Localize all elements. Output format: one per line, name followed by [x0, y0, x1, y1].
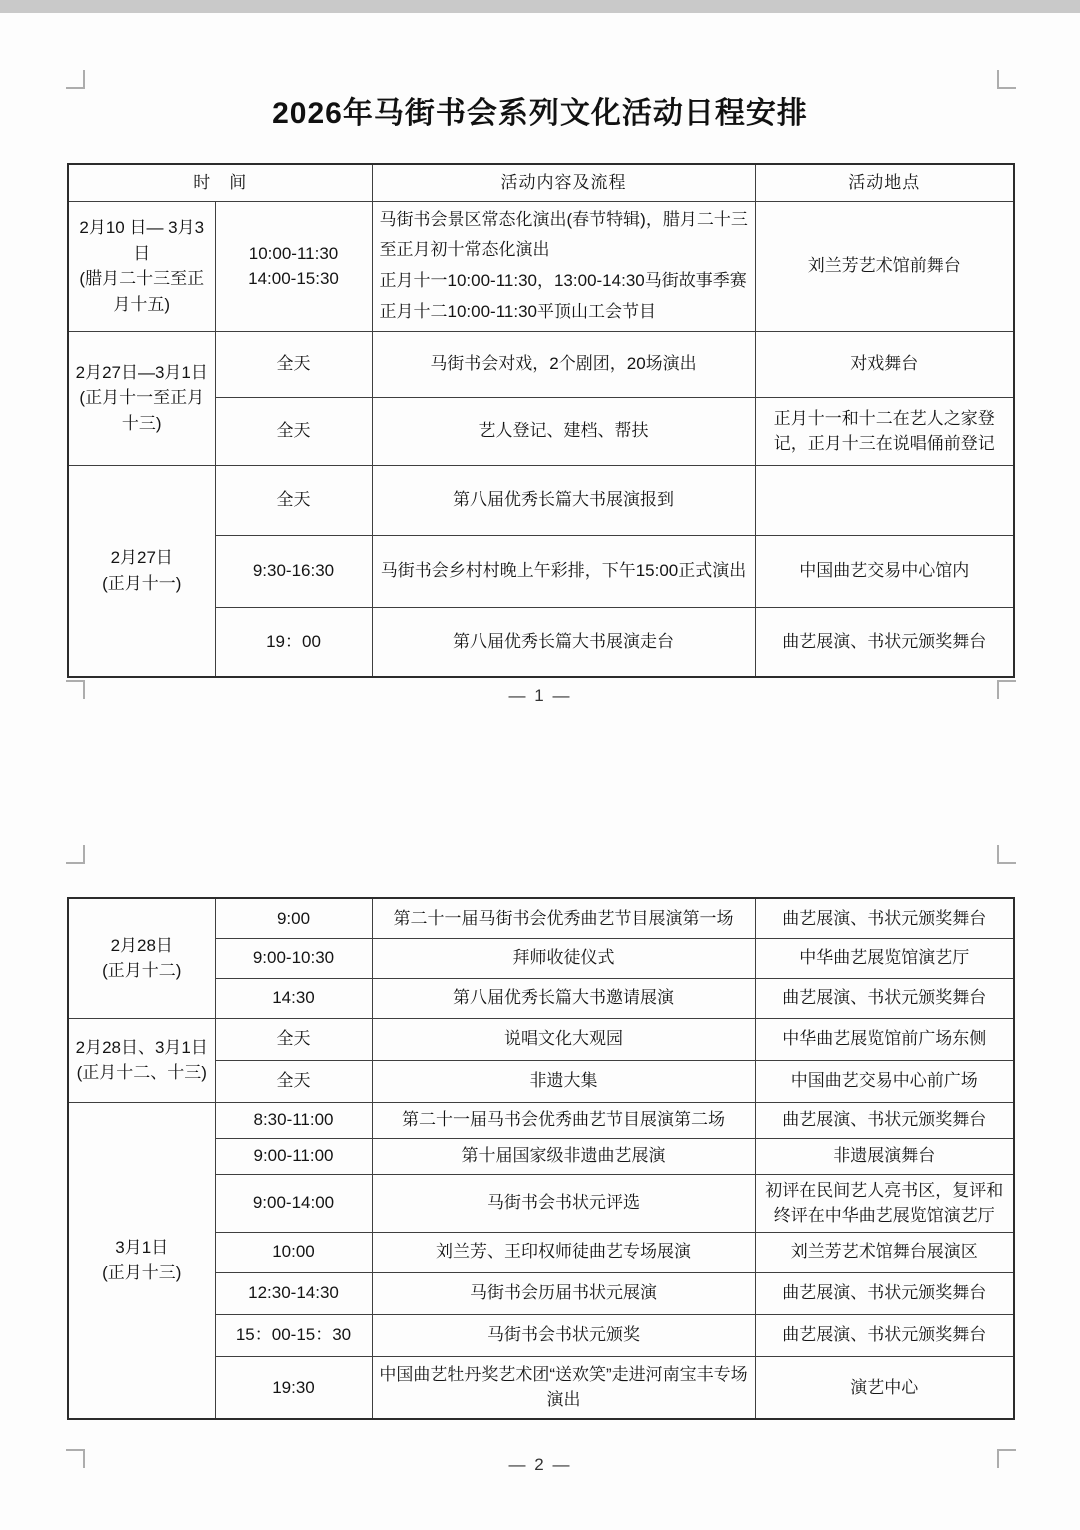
table-header-row: 时 间 活动内容及流程 活动地点 [68, 164, 1014, 201]
cell-date: 2月28日、3月1日 (正月十二、十三) [68, 1018, 215, 1102]
cell-time: 全天 [215, 1018, 372, 1060]
cell-content: 马街书会历届书状元展演 [372, 1272, 755, 1314]
cell-date: 3月1日 (正月十三) [68, 1102, 215, 1419]
table-row: 3月1日 (正月十三) 8:30-11:00 第二十一届马书会优秀曲艺节目展演第… [68, 1102, 1014, 1138]
cell-location: 中华曲艺展览馆演艺厅 [755, 938, 1014, 978]
cell-location: 正月十一和十二在艺人之家登记，正月十三在说唱俑前登记 [755, 397, 1014, 465]
cell-time: 10:00 [215, 1232, 372, 1272]
cell-time: 9:00 [215, 898, 372, 938]
cell-content: 第八届优秀长篇大书邀请展演 [372, 978, 755, 1018]
crop-mark-top-right-icon [997, 70, 1016, 89]
page-separator [0, 0, 1080, 13]
cell-content: 第八届优秀长篇大书展演报到 [372, 465, 755, 535]
cell-time: 10:00-11:30 14:00-15:30 [215, 201, 372, 331]
cell-content: 马街书会对戏，2个剧团，20场演出 [372, 331, 755, 397]
cell-content: 第十届国家级非遗曲艺展演 [372, 1138, 755, 1174]
cell-date: 2月27日—3月1日 (正月十一至正月十三) [68, 331, 215, 465]
cell-content: 马街书会书状元评选 [372, 1174, 755, 1232]
cell-time: 全天 [215, 397, 372, 465]
cell-location: 初评在民间艺人亮书区，复评和终评在中华曲艺展览馆演艺厅 [755, 1174, 1014, 1232]
header-cell-location: 活动地点 [755, 164, 1014, 201]
cell-location: 非遗展演舞台 [755, 1138, 1014, 1174]
cell-content: 马街书会景区常态化演出(春节特辑)，腊月二十三至正月初十常态化演出 正月十一10… [372, 201, 755, 331]
page-number-1: — 1 — [0, 686, 1080, 706]
cell-time: 9:00-14:00 [215, 1174, 372, 1232]
cell-time: 19：00 [215, 607, 372, 677]
cell-location: 演艺中心 [755, 1356, 1014, 1419]
table-row: 2月28日 (正月十二) 9:00 第二十一届马街书会优秀曲艺节目展演第一场 曲… [68, 898, 1014, 938]
cell-location: 中国曲艺交易中心前广场 [755, 1060, 1014, 1102]
cell-location: 曲艺展演、书状元颁奖舞台 [755, 1272, 1014, 1314]
cell-time: 9:00-10:30 [215, 938, 372, 978]
cell-location: 曲艺展演、书状元颁奖舞台 [755, 1314, 1014, 1356]
crop-mark-top-left-icon [66, 845, 85, 864]
table-row: 2月10 日— 3月3日 (腊月二十三至正月十五) 10:00-11:30 14… [68, 201, 1014, 331]
cell-content: 第八届优秀长篇大书展演走台 [372, 607, 755, 677]
cell-time: 9:30-16:30 [215, 535, 372, 607]
cell-time: 19:30 [215, 1356, 372, 1419]
cell-content: 中国曲艺牡丹奖艺术团“送欢笑”走进河南宝丰专场演出 [372, 1356, 755, 1419]
cell-time: 14:30 [215, 978, 372, 1018]
header-cell-content: 活动内容及流程 [372, 164, 755, 201]
schedule-table-page-1: 时 间 活动内容及流程 活动地点 2月10 日— 3月3日 (腊月二十三至正月十… [67, 163, 1015, 678]
cell-time: 全天 [215, 465, 372, 535]
cell-date: 2月28日 (正月十二) [68, 898, 215, 1018]
table-row: 2月28日、3月1日 (正月十二、十三) 全天 说唱文化大观园 中华曲艺展览馆前… [68, 1018, 1014, 1060]
cell-location: 中国曲艺交易中心馆内 [755, 535, 1014, 607]
cell-date: 2月27日 (正月十一) [68, 465, 215, 677]
document-page: 2026年马街书会系列文化活动日程安排 时 间 活动内容及流程 活动地点 2月1… [0, 0, 1080, 1530]
header-cell-time: 时 间 [68, 164, 372, 201]
cell-time: 15：00-15：30 [215, 1314, 372, 1356]
cell-location: 曲艺展演、书状元颁奖舞台 [755, 898, 1014, 938]
cell-location: 中华曲艺展览馆前广场东侧 [755, 1018, 1014, 1060]
crop-mark-top-left-icon [66, 70, 85, 89]
cell-content: 说唱文化大观园 [372, 1018, 755, 1060]
schedule-table-page-2: 2月28日 (正月十二) 9:00 第二十一届马街书会优秀曲艺节目展演第一场 曲… [67, 897, 1015, 1420]
cell-location: 曲艺展演、书状元颁奖舞台 [755, 978, 1014, 1018]
cell-location [755, 465, 1014, 535]
cell-content: 第二十一届马书会优秀曲艺节目展演第二场 [372, 1102, 755, 1138]
cell-time: 全天 [215, 1060, 372, 1102]
cell-content: 艺人登记、建档、帮扶 [372, 397, 755, 465]
cell-time: 全天 [215, 331, 372, 397]
cell-content: 马街书会乡村村晚上午彩排，下午15:00正式演出 [372, 535, 755, 607]
cell-location: 对戏舞台 [755, 331, 1014, 397]
cell-time: 8:30-11:00 [215, 1102, 372, 1138]
cell-location: 刘兰芳艺术馆前舞台 [755, 201, 1014, 331]
crop-mark-top-right-icon [997, 845, 1016, 864]
cell-content: 非遗大集 [372, 1060, 755, 1102]
cell-location: 曲艺展演、书状元颁奖舞台 [755, 607, 1014, 677]
table-row: 2月27日—3月1日 (正月十一至正月十三) 全天 马街书会对戏，2个剧团，20… [68, 331, 1014, 397]
cell-location: 刘兰芳艺术馆舞台展演区 [755, 1232, 1014, 1272]
cell-content: 拜师收徒仪式 [372, 938, 755, 978]
table-row: 2月27日 (正月十一) 全天 第八届优秀长篇大书展演报到 [68, 465, 1014, 535]
page-number-2: — 2 — [0, 1455, 1080, 1475]
cell-time: 9:00-11:00 [215, 1138, 372, 1174]
cell-content: 第二十一届马街书会优秀曲艺节目展演第一场 [372, 898, 755, 938]
cell-date: 2月10 日— 3月3日 (腊月二十三至正月十五) [68, 201, 215, 331]
cell-content: 刘兰芳、王印权师徒曲艺专场展演 [372, 1232, 755, 1272]
page-title: 2026年马街书会系列文化活动日程安排 [0, 88, 1080, 132]
cell-content: 马街书会书状元颁奖 [372, 1314, 755, 1356]
cell-time: 12:30-14:30 [215, 1272, 372, 1314]
cell-location: 曲艺展演、书状元颁奖舞台 [755, 1102, 1014, 1138]
